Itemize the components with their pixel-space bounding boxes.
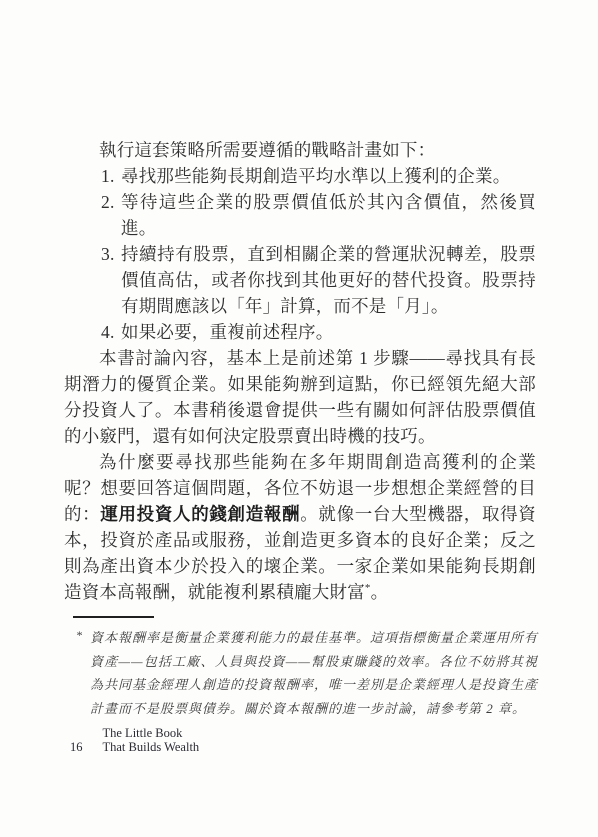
running-title: The Little Book That Builds Wealth [103, 726, 200, 754]
step-number: 1. [101, 163, 115, 189]
footnote-divider [73, 616, 154, 618]
running-title-line2: That Builds Wealth [103, 740, 200, 754]
strategy-step-1: 1. 尋找那些能夠長期創造平均水準以上獲利的企業。 [64, 163, 536, 189]
body-text: 執行這套策略所需要遵循的戰略計畫如下： 1. 尋找那些能夠長期創造平均水準以上獲… [64, 137, 536, 605]
paragraph-book-scope: 本書討論內容，基本上是前述第 1 步驟——尋找具有長期潛力的優質企業。如果能夠辦… [64, 345, 536, 449]
paragraph-why-seek-closing: 。 [371, 582, 389, 602]
footnote-text: 資本報酬率是衡量企業獲利能力的最佳基準。這項指標衡量企業運用所有資產——包括工廠… [90, 630, 538, 716]
step-text: 持續持有股票，直到相關企業的營運狀況轉差，股票價值高估，或者你找到其他更好的替代… [121, 244, 536, 316]
bold-phrase: 運用投資人的錢創造報酬 [100, 504, 300, 524]
strategy-step-2: 2. 等待這些企業的股票價值低於其內含價值，然後買進。 [64, 189, 536, 241]
paragraph-why-seek: 為什麼要尋找那些能夠在多年期間創造高獲利的企業呢？想要回答這個問題，各位不妨退一… [64, 449, 536, 605]
step-number: 3. [101, 241, 115, 267]
strategy-step-3: 3. 持續持有股票，直到相關企業的營運狀況轉差，股票價值高估，或者你找到其他更好… [64, 241, 536, 319]
running-title-line1: The Little Book [103, 726, 183, 740]
page-footer: 16 The Little Book That Builds Wealth [70, 726, 199, 754]
step-text: 尋找那些能夠長期創造平均水準以上獲利的企業。 [121, 166, 510, 186]
footnote: * 資本報酬率是衡量企業獲利能力的最佳基準。這項指標衡量企業運用所有資產——包括… [64, 626, 538, 720]
intro-paragraph: 執行這套策略所需要遵循的戰略計畫如下： [64, 137, 536, 163]
book-page: 執行這套策略所需要遵循的戰略計畫如下： 1. 尋找那些能夠長期創造平均水準以上獲… [0, 0, 598, 837]
strategy-step-4: 4. 如果必要，重複前述程序。 [64, 319, 536, 345]
step-text: 如果必要，重複前述程序。 [121, 322, 333, 342]
footnote-marker: * [76, 624, 83, 648]
step-number: 2. [101, 189, 115, 215]
page-number: 16 [70, 740, 83, 754]
step-text: 等待這些企業的股票價值低於其內含價值，然後買進。 [121, 192, 536, 238]
step-number: 4. [101, 319, 115, 345]
